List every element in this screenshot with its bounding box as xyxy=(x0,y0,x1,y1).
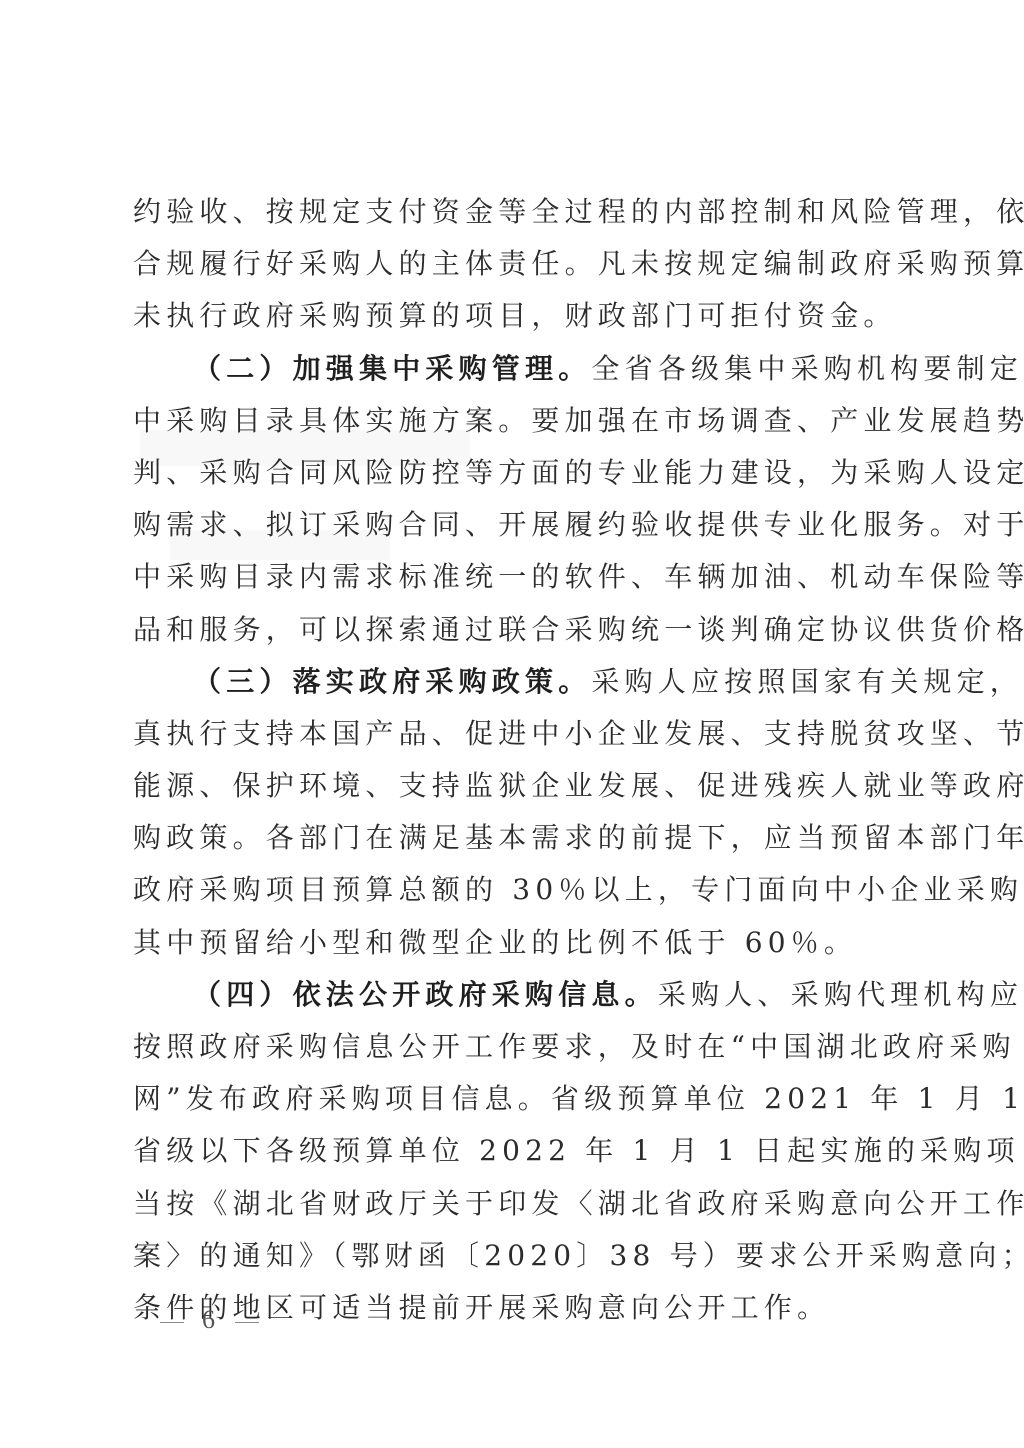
dash-left xyxy=(160,1322,184,1323)
text-span: 全省各级集中采购机构要制定集 xyxy=(591,352,1024,385)
text-span: 采购人应按照国家有关规定，认 xyxy=(591,665,1024,698)
text-line: 中采购目录具体实施方案。要加强在市场调查、产业发展趋势研 xyxy=(133,395,885,447)
section-heading: （四）依法公开政府采购信息。 xyxy=(193,978,658,1011)
section-heading: （三）落实政府采购政策。 xyxy=(193,665,591,698)
text-line: 品和服务，可以探索通过联合采购统一谈判确定协议供货价格。 xyxy=(133,604,885,656)
text-line: 约验收、按规定支付资金等全过程的内部控制和风险管理，依法 xyxy=(133,186,885,238)
text-line: 判、采购合同风险防控等方面的专业能力建设，为采购人设定采 xyxy=(133,447,885,499)
dash-right xyxy=(235,1322,259,1323)
text-line: （二）加强集中采购管理。全省各级集中采购机构要制定集 xyxy=(133,343,885,395)
text-line: 购需求、拟订采购合同、开展履约验收提供专业化服务。对于集 xyxy=(133,499,885,551)
text-line: 未执行政府采购预算的项目，财政部门可拒付资金。 xyxy=(133,290,885,342)
paragraph-continuation: 约验收、按规定支付资金等全过程的内部控制和风险管理，依法 合规履行好采购人的主体… xyxy=(133,186,885,343)
paragraph-information-disclosure: （四）依法公开政府采购信息。采购人、采购代理机构应当 按照政府采购信息公开工作要… xyxy=(133,969,885,1334)
page-number-value: 6 xyxy=(202,1305,217,1335)
text-line: 网”发布政府采购项目信息。省级预算单位 2021 年 1 月 1 日起、 xyxy=(133,1073,885,1125)
text-line: 案〉的通知》（鄂财函〔2020〕38 号）要求公开采购意向；具备 xyxy=(133,1230,885,1282)
text-line: 按照政府采购信息公开工作要求，及时在“中国湖北政府采购 xyxy=(133,1021,885,1073)
text-line: 能源、保护环境、支持监狱企业发展、促进残疾人就业等政府采 xyxy=(133,760,885,812)
page-number: 6 xyxy=(150,1305,269,1335)
text-span: 采购人、采购代理机构应当 xyxy=(658,978,1024,1011)
text-line: 政府采购项目预算总额的 30％以上，专门面向中小企业采购， xyxy=(133,864,885,916)
document-body: 约验收、按规定支付资金等全过程的内部控制和风险管理，依法 合规履行好采购人的主体… xyxy=(133,186,885,1334)
text-line: 当按《湖北省财政厅关于印发〈湖北省政府采购意向公开工作方 xyxy=(133,1178,885,1230)
text-line: 购政策。各部门在满足基本需求的前提下，应当预留本部门年度 xyxy=(133,812,885,864)
paragraph-centralized-procurement: （二）加强集中采购管理。全省各级集中采购机构要制定集 中采购目录具体实施方案。要… xyxy=(133,343,885,656)
text-line: 省级以下各级预算单位 2022 年 1 月 1 日起实施的采购项目，应 xyxy=(133,1125,885,1177)
text-line: （四）依法公开政府采购信息。采购人、采购代理机构应当 xyxy=(133,969,885,1021)
text-line: 中采购目录内需求标准统一的软件、车辆加油、机动车保险等产 xyxy=(133,551,885,603)
text-line: 其中预留给小型和微型企业的比例不低于 60％。 xyxy=(133,917,885,969)
text-line: （三）落实政府采购政策。采购人应按照国家有关规定，认 xyxy=(133,656,885,708)
text-line: 合规履行好采购人的主体责任。凡未按规定编制政府采购预算和 xyxy=(133,238,885,290)
paragraph-procurement-policy: （三）落实政府采购政策。采购人应按照国家有关规定，认 真执行支持本国产品、促进中… xyxy=(133,656,885,969)
section-heading: （二）加强集中采购管理。 xyxy=(193,352,591,385)
text-line: 真执行支持本国产品、促进中小企业发展、支持脱贫攻坚、节约 xyxy=(133,708,885,760)
document-page: 约验收、按规定支付资金等全过程的内部控制和风险管理，依法 合规履行好采购人的主体… xyxy=(0,0,1024,1448)
